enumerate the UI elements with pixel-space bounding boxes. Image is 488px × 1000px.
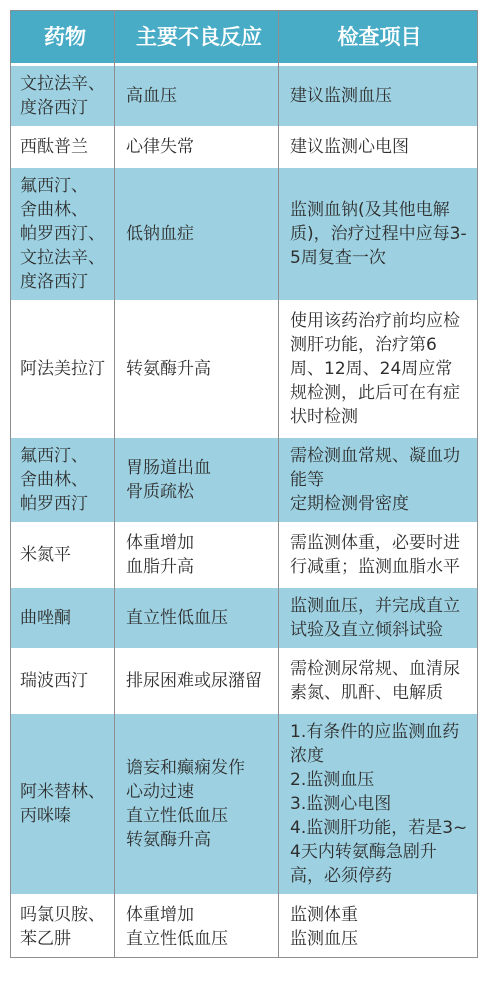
- table-row: 吗氯贝胺、 苯乙肼体重增加 直立性低血压监测体重 监测血压: [11, 897, 477, 957]
- reaction-cell: 排尿困难或尿潴留: [114, 663, 278, 699]
- check-cell: 建议监测血压: [278, 78, 477, 114]
- reaction-cell: 体重增加 直立性低血压: [114, 897, 278, 957]
- table-row: 文拉法辛、 度洛西汀高血压建议监测血压: [11, 66, 477, 126]
- header-reaction: 主要不良反应: [114, 25, 278, 49]
- table-row: 阿法美拉汀转氨酶升高使用该药治疗前均应检测肝功能，治疗第6周、12周、24周应常…: [11, 303, 477, 435]
- check-cell: 需监测体重，必要时进行减重；监测血脂水平: [278, 525, 477, 585]
- check-cell: 1.有条件的应监测血药浓度 2.监测血压 3.监测心电图 4.监测肝功能，若是3…: [278, 714, 477, 894]
- drug-cell: 氟西汀、 舍曲林、 帕罗西汀、 文拉法辛、 度洛西汀: [11, 168, 114, 300]
- reaction-cell: 低钠血症: [114, 216, 278, 252]
- table-row: 西酞普兰心律失常建议监测心电图: [11, 129, 477, 165]
- header-check: 检查项目: [278, 25, 477, 49]
- table-row: 瑞波西汀排尿困难或尿潴留需检测尿常规、血清尿素氮、肌酐、电解质: [11, 651, 477, 711]
- reaction-cell: 高血压: [114, 78, 278, 114]
- drug-cell: 曲唑酮: [11, 600, 114, 636]
- check-cell: 需检测尿常规、血清尿素氮、肌酐、电解质: [278, 651, 477, 711]
- medication-adverse-reaction-table: 药物 主要不良反应 检查项目 文拉法辛、 度洛西汀高血压建议监测血压西酞普兰心律…: [10, 10, 478, 958]
- check-cell: 监测血钠(及其他电解质)，治疗过程中应每3-5周复查一次: [278, 192, 477, 276]
- table-row: 曲唑酮直立性低血压监测血压，并完成直立试验及直立倾斜试验: [11, 588, 477, 648]
- table-row: 氟西汀、 舍曲林、 帕罗西汀胃肠道出血 骨质疏松需检测血常规、凝血功能等 定期检…: [11, 438, 477, 522]
- reaction-cell: 转氨酶升高: [114, 351, 278, 387]
- reaction-cell: 心律失常: [114, 129, 278, 165]
- drug-cell: 氟西汀、 舍曲林、 帕罗西汀: [11, 438, 114, 522]
- column-divider-2: [278, 11, 279, 957]
- drug-cell: 阿米替林、 丙咪嗪: [11, 774, 114, 834]
- drug-cell: 西酞普兰: [11, 129, 114, 165]
- drug-cell: 阿法美拉汀: [11, 351, 114, 387]
- column-divider-1: [114, 11, 115, 957]
- drug-cell: 米氮平: [11, 537, 114, 573]
- check-cell: 监测血压，并完成直立试验及直立倾斜试验: [278, 588, 477, 648]
- reaction-cell: 体重增加 血脂升高: [114, 525, 278, 585]
- reaction-cell: 胃肠道出血 骨质疏松: [114, 450, 278, 510]
- check-cell: 使用该药治疗前均应检测肝功能，治疗第6周、12周、24周应常规检测，此后可在有症…: [278, 303, 477, 435]
- table-row: 米氮平体重增加 血脂升高需监测体重，必要时进行减重；监测血脂水平: [11, 525, 477, 585]
- header-drug: 药物: [11, 25, 114, 49]
- drug-cell: 瑞波西汀: [11, 663, 114, 699]
- table-body: 文拉法辛、 度洛西汀高血压建议监测血压西酞普兰心律失常建议监测心电图氟西汀、 舍…: [11, 66, 477, 957]
- check-cell: 监测体重 监测血压: [278, 897, 477, 957]
- table-row: 氟西汀、 舍曲林、 帕罗西汀、 文拉法辛、 度洛西汀低钠血症监测血钠(及其他电解…: [11, 168, 477, 300]
- reaction-cell: 谵妄和癫痫发作 心动过速 直立性低血压 转氨酶升高: [114, 750, 278, 858]
- check-cell: 需检测血常规、凝血功能等 定期检测骨密度: [278, 438, 477, 522]
- drug-cell: 吗氯贝胺、 苯乙肼: [11, 897, 114, 957]
- table-row: 阿米替林、 丙咪嗪谵妄和癫痫发作 心动过速 直立性低血压 转氨酶升高1.有条件的…: [11, 714, 477, 894]
- reaction-cell: 直立性低血压: [114, 600, 278, 636]
- check-cell: 建议监测心电图: [278, 129, 477, 165]
- table-header-row: 药物 主要不良反应 检查项目: [11, 11, 477, 63]
- drug-cell: 文拉法辛、 度洛西汀: [11, 66, 114, 126]
